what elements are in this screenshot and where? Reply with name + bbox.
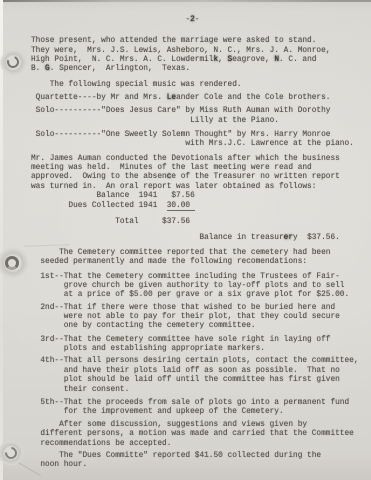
text-segment: with Mrs.J.C. Lawrence at the piano. <box>31 140 354 148</box>
paper-left-edge <box>0 0 3 480</box>
text-segment: seeded permanently and made the followin… <box>31 258 307 266</box>
text-segment: grove church be given authority to lay-o… <box>31 282 345 290</box>
doc-line: 2nd--That if there were those that wishe… <box>31 304 371 313</box>
text-segment: Mr. James Auman conducted the Devotional… <box>31 155 340 163</box>
scanned-document-page: -2-Those present, who attended the marri… <box>0 0 371 480</box>
text-segment: one by contacting the cemetery committee… <box>31 322 256 330</box>
doc-line: one by contacting the cemetery committee… <box>31 322 371 331</box>
doc-line: grove church be given authority to lay-o… <box>31 282 371 291</box>
doc-line: approved. Owing to the absence of the Tr… <box>31 173 371 182</box>
doc-line: noon hour. <box>31 461 371 470</box>
doc-line: The following special music was rendered… <box>31 81 371 90</box>
text-segment: 5th--That the proceeds from sale of plot… <box>31 399 349 407</box>
dues-committee-paragraph: The "Dues Committe" reported $41.50 coll… <box>31 452 371 471</box>
text-segment: eagrove, <box>232 56 274 64</box>
treasury-line: Balance in treasurery $37.56. <box>31 234 371 243</box>
text-segment: 1st--That the Cemetery committee includi… <box>31 273 340 281</box>
page-number: -2- <box>31 16 371 25</box>
doc-line: recommendations be accepted. <box>31 440 371 449</box>
item-3rd: 3rd--That the Cemetery committee have so… <box>31 336 371 355</box>
text-segment: different persons, a motion was made and… <box>31 430 354 438</box>
text-segment: noon hour. <box>31 461 87 469</box>
punch-hole-shadow <box>5 256 19 270</box>
text-segment: Solo----------"Does Jesus Care" by Miss … <box>31 107 330 115</box>
doc-line: different persons, a motion was made and… <box>31 430 371 439</box>
doc-line: plots and establishing appropriate marke… <box>31 345 371 354</box>
text-segment: e of the Treasurer no written report <box>171 173 339 181</box>
doc-line: After some discussion, suggestions and v… <box>31 421 371 430</box>
doc-line: 1st--That the Cemetery committee includi… <box>31 273 371 282</box>
text-segment: . Spencer, Arlington, Texas. <box>50 65 190 73</box>
text-segment: - <box>31 16 190 24</box>
doc-line: They were, Mrs. J.S. Lewis, Asheboro, N.… <box>31 47 371 56</box>
text-segment: The following special music was rendered… <box>31 81 242 89</box>
text-segment: Total $37.56 <box>31 218 190 226</box>
text-segment: 2nd--That if there were those that wishe… <box>31 304 335 312</box>
doc-line: Total $37.56 <box>31 218 371 227</box>
doc-line: Balance in treasurery $37.56. <box>31 234 371 243</box>
text-segment: were not able to pay for their plot, tha… <box>31 313 340 321</box>
item-4th: 4th--That all persons desiring certain p… <box>31 357 371 394</box>
doc-line: plot should be laid off until the commit… <box>31 376 371 385</box>
doc-line: Lilly at the Piano. <box>31 117 371 126</box>
item-2nd: 2nd--That if there were those that wishe… <box>31 304 371 332</box>
text-segment: their consent. <box>31 386 129 394</box>
text-segment: Lilly at the Piano. <box>31 117 279 125</box>
text-segment: Quartette----by Mr and Mrs. <box>31 94 167 102</box>
doc-line: High Point, N. C. Mrs. A. C. Lowdermilk,… <box>31 56 371 65</box>
text-segment: and have their plots laid off as soon as… <box>31 367 340 375</box>
devotionals-paragraph: Mr. James Auman conducted the Devotional… <box>31 155 371 192</box>
text-segment: High Point, N. C. Mrs. A. C. Lowdermil <box>31 56 213 64</box>
text-segment: plots and establishing appropriate marke… <box>31 345 265 353</box>
text-segment: 4th--That all persons desiring certain p… <box>31 357 359 365</box>
text-segment: Balance in treasur <box>31 234 284 242</box>
text-segment: . C. and <box>279 56 316 64</box>
doc-line: Solo----------"One Sweetly Solemn Though… <box>31 131 371 140</box>
text-segment: Those present, who attended the marriage… <box>31 37 316 45</box>
motion-paragraph: After some discussion, suggestions and v… <box>31 421 371 449</box>
special-music-line: The following special music was rendered… <box>31 81 371 90</box>
text-segment: y $37.56. <box>293 234 340 242</box>
attendance-paragraph: Those present, who attended the marriage… <box>31 37 371 74</box>
item-5th: 5th--That the proceeds from sale of plot… <box>31 399 371 418</box>
solo-2-lines: Solo----------"One Sweetly Solemn Though… <box>31 131 371 150</box>
text-segment: at a price of $5.00 per grave or a six g… <box>31 291 349 299</box>
item-1st: 1st--That the Cemetery committee includi… <box>31 273 371 301</box>
doc-line: and have their plots laid off as soon as… <box>31 367 371 376</box>
doc-line: seeded permanently and made the followin… <box>31 258 371 267</box>
doc-line: 3rd--That the Cemetery committee have so… <box>31 336 371 345</box>
text-segment: The Cemetery committee reported that the… <box>31 249 330 257</box>
doc-line: Balance 1941 $7.56 <box>31 192 371 201</box>
overtyped-text: Le <box>167 94 176 102</box>
cemetery-paragraph: The Cemetery committee reported that the… <box>31 249 371 268</box>
doc-line: B. G. Spencer, Arlington, Texas. <box>31 65 371 74</box>
quartette-line: Quartette----by Mr and Mrs. Leander Cole… <box>31 94 371 103</box>
doc-line: Mr. James Auman conducted the Devotional… <box>31 155 371 164</box>
solo-1-lines: Solo----------"Does Jesus Care" by Miss … <box>31 107 371 126</box>
document-text: -2-Those present, who attended the marri… <box>31 0 371 470</box>
doc-line: for the improvement and upkeep of the Ce… <box>31 408 371 417</box>
text-segment: ander Cole and the Cole brothers. <box>176 94 330 102</box>
doc-line: 4th--That all persons desiring certain p… <box>31 357 371 366</box>
overtyped-text: er <box>284 234 293 242</box>
text-segment: The "Dues Committe" reported $41.50 coll… <box>31 452 321 460</box>
doc-line: The Cemetery committee reported that the… <box>31 249 371 258</box>
text-segment: meeting was held. Minutes of the last me… <box>31 164 312 172</box>
text-segment: B. <box>31 65 45 73</box>
doc-line: The "Dues Committe" reported $41.50 coll… <box>31 452 371 461</box>
text-segment: for the improvement and upkeep of the Ce… <box>31 408 284 416</box>
text-segment: Dues Collected 1941 <box>31 202 167 210</box>
doc-line: Quartette----by Mr and Mrs. Leander Cole… <box>31 94 371 103</box>
text-segment: plot should be laid off until the commit… <box>31 376 340 384</box>
doc-line: their consent. <box>31 386 371 395</box>
doc-line: -2- <box>31 16 371 25</box>
text-segment: After some discussion, suggestions and v… <box>31 421 307 429</box>
total-line: Total $37.56 <box>31 218 371 227</box>
doc-line: Solo----------"Does Jesus Care" by Miss … <box>31 107 371 116</box>
doc-line: was turned in. An oral report was later … <box>31 183 371 192</box>
doc-line: Those present, who attended the marriage… <box>31 37 371 46</box>
text-segment: 3rd--That the Cemetery committee have so… <box>31 336 330 344</box>
text-segment: , <box>218 56 227 64</box>
text-segment: recommendations be accepted. <box>31 440 171 448</box>
balance-lines: Balance 1941 $7.56 Dues Collected 1941 3… <box>31 192 371 211</box>
text-segment: They were, Mrs. J.S. Lewis, Asheboro, N.… <box>31 47 330 55</box>
text-segment: was turned in. An oral report was later … <box>31 183 316 191</box>
doc-line: Dues Collected 1941 30.00 <box>31 202 371 211</box>
underlined-amount: 30.00 <box>167 202 195 211</box>
text-segment: Solo----------"One Sweetly Solemn Though… <box>31 131 330 139</box>
text-segment: Balance 1941 $7.56 <box>31 192 195 200</box>
paper-background: -2-Those present, who attended the marri… <box>0 0 371 480</box>
doc-line: 5th--That the proceeds from sale of plot… <box>31 399 371 408</box>
text-segment: - <box>195 16 200 24</box>
text-segment: approved. Owing to the absen <box>31 173 167 181</box>
doc-line: with Mrs.J.C. Lawrence at the piano. <box>31 140 371 149</box>
doc-line: at a price of $5.00 per grave or a six g… <box>31 291 371 300</box>
